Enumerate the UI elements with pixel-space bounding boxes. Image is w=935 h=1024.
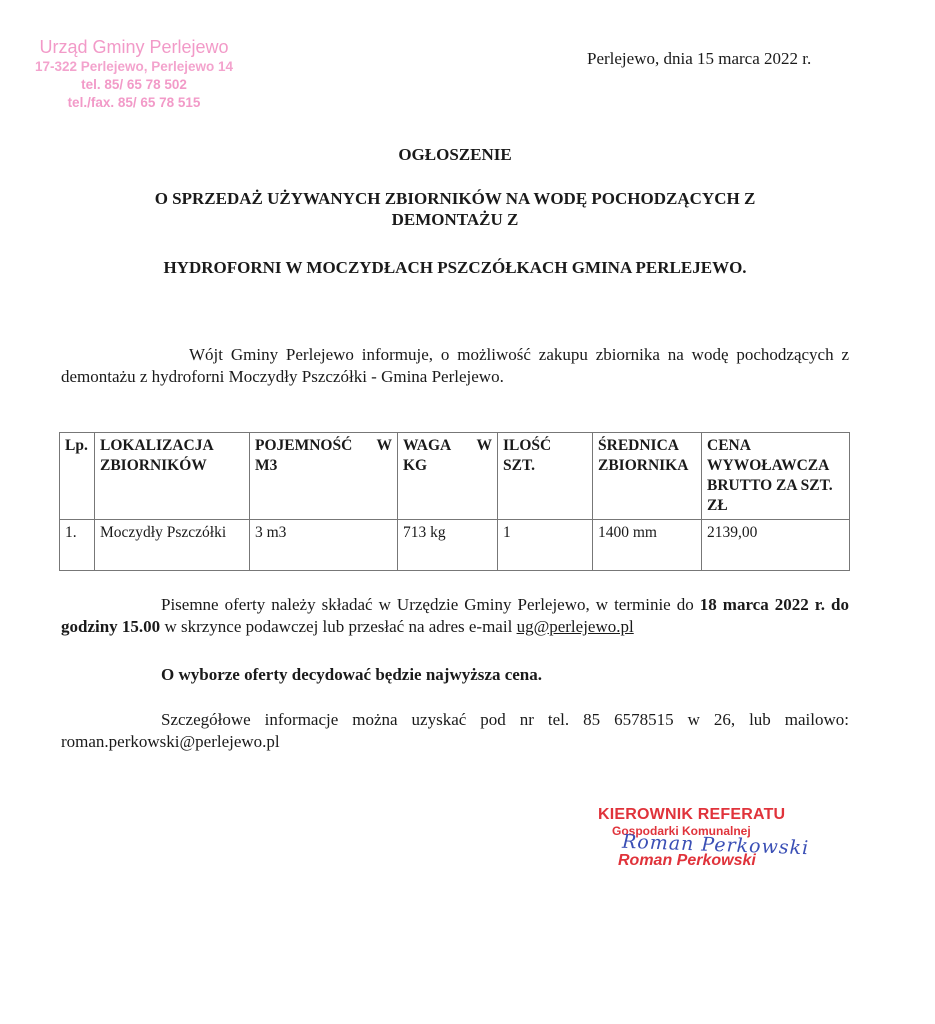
header-weight-w: W <box>477 436 493 456</box>
offers-text-1: Pisemne oferty należy składać w Urzędzie… <box>161 595 700 614</box>
tanks-table: Lp. LOKALIZACJA ZBIORNIKÓW POJEMNOŚĆW M3… <box>59 432 850 571</box>
cell-weight: 713 kg <box>398 520 498 571</box>
header-price: CENA WYWOŁAWCZA BRUTTO ZA SZT. ZŁ <box>702 433 850 520</box>
cell-lp: 1. <box>60 520 95 571</box>
cell-capacity: 3 m3 <box>250 520 398 571</box>
table-header-row: Lp. LOKALIZACJA ZBIORNIKÓW POJEMNOŚĆW M3… <box>60 433 850 520</box>
header-weight: WAGAW KG <box>398 433 498 520</box>
offers-email-link[interactable]: ug@perlejewo.pl <box>517 617 634 636</box>
signature-title: KIEROWNIK REFERATU <box>598 806 785 824</box>
intro-paragraph: Wójt Gminy Perlejewo informuje, o możliw… <box>61 344 849 388</box>
subtitle-line-2: DEMONTAŻU Z <box>60 209 850 230</box>
cell-price: 2139,00 <box>702 520 850 571</box>
header-lp: Lp. <box>60 433 95 520</box>
subtitle-line-1: O SPRZEDAŻ UŻYWANYCH ZBIORNIKÓW NA WODĘ … <box>60 188 850 209</box>
header-capacity-w: W <box>377 436 393 456</box>
stamp-office-name: Urząd Gminy Perlejewo <box>14 36 254 58</box>
cell-diameter: 1400 mm <box>593 520 702 571</box>
stamp-telfax: tel./fax. 85/ 65 78 515 <box>14 94 254 112</box>
header-location: LOKALIZACJA ZBIORNIKÓW <box>95 433 250 520</box>
header-capacity-label: POJEMNOŚĆ <box>255 436 352 456</box>
stamp-address: 17-322 Perlejewo, Perlejewo 14 <box>14 58 254 76</box>
contact-paragraph: Szczegółowe informacje można uzyskać pod… <box>61 709 849 753</box>
office-stamp: Urząd Gminy Perlejewo 17-322 Perlejewo, … <box>14 36 254 112</box>
header-capacity-unit: M3 <box>255 456 392 476</box>
header-qty: ILOŚĆ SZT. <box>498 433 593 520</box>
cell-qty: 1 <box>498 520 593 571</box>
stamp-tel: tel. 85/ 65 78 502 <box>14 76 254 94</box>
header-weight-label: WAGA <box>403 436 451 456</box>
document-subtitle: O SPRZEDAŻ UŻYWANYCH ZBIORNIKÓW NA WODĘ … <box>60 188 850 230</box>
header-diameter: ŚREDNICA ZBIORNIKA <box>593 433 702 520</box>
criterion-paragraph: O wyborze oferty decydować będzie najwyż… <box>161 664 861 686</box>
signature-stamp: KIEROWNIK REFERATU Gospodarki Komunalnej… <box>598 806 785 870</box>
table-row: 1. Moczydły Pszczółki 3 m3 713 kg 1 1400… <box>60 520 850 571</box>
cell-location: Moczydły Pszczółki <box>95 520 250 571</box>
offers-paragraph: Pisemne oferty należy składać w Urzędzie… <box>61 594 849 638</box>
subtitle-line-3: HYDROFORNI W MOCZYDŁACH PSZCZÓŁKACH GMIN… <box>60 258 850 278</box>
header-capacity: POJEMNOŚĆW M3 <box>250 433 398 520</box>
offers-text-2: w skrzynce podawczej lub przesłać na adr… <box>160 617 516 636</box>
document-date: Perlejewo, dnia 15 marca 2022 r. <box>587 49 811 69</box>
header-weight-unit: KG <box>403 456 492 476</box>
document-heading: OGŁOSZENIE <box>60 145 850 165</box>
